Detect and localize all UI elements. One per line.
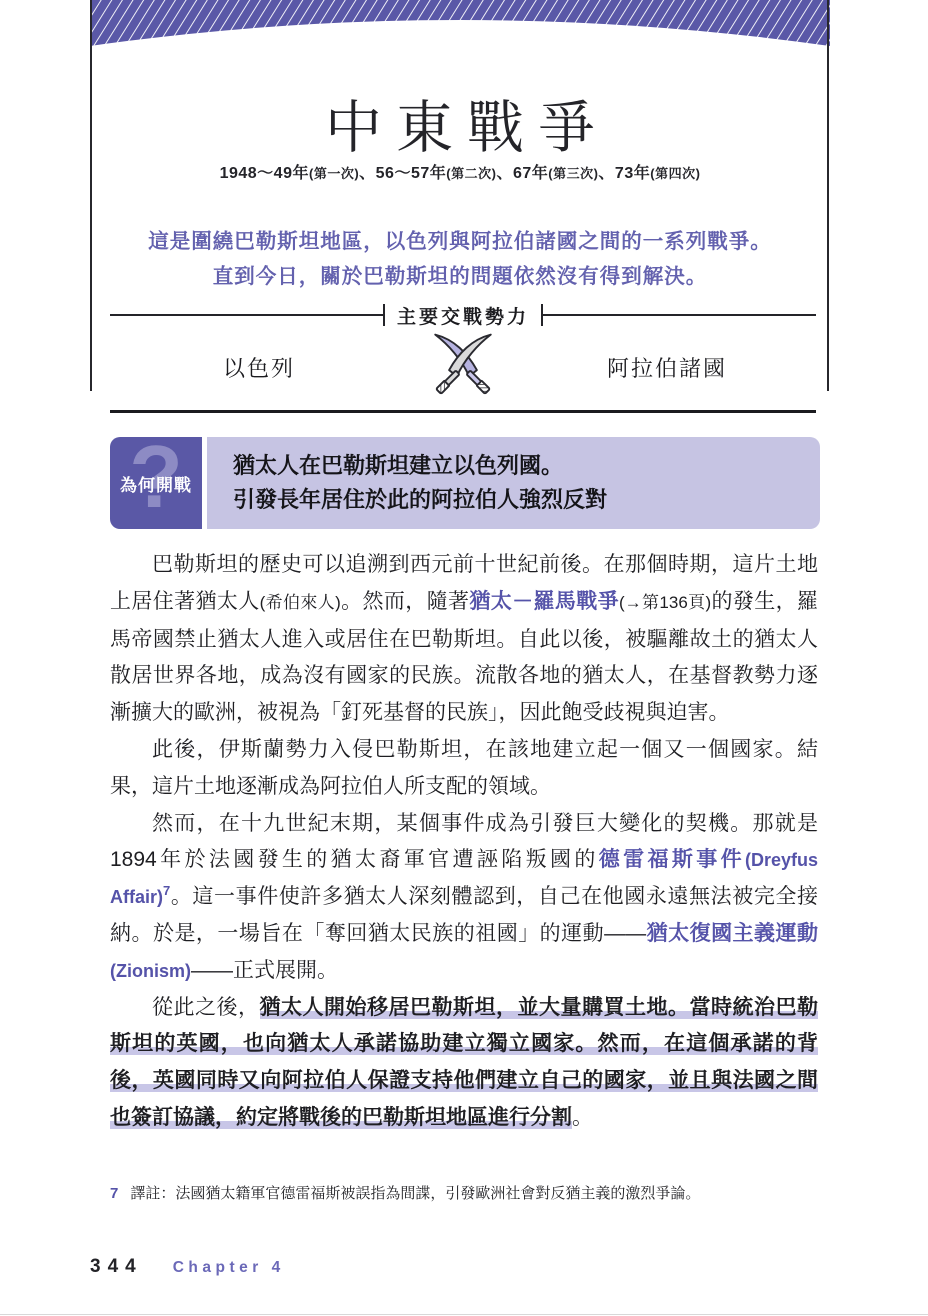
war-dates: 1948～49年(第一次)、56～57年(第二次)、67年(第三次)、73年(第…	[90, 160, 830, 183]
belligerent-left: 以色列	[110, 352, 408, 383]
header-card-right-border	[827, 0, 829, 391]
chapter-label: Chapter 4	[173, 1259, 285, 1277]
belligerents-label: 主要交戰勢力	[385, 302, 541, 329]
page-number: 344	[90, 1256, 143, 1278]
term-jewish-roman-war: 猶太－羅馬戰爭	[469, 590, 619, 613]
footnote-number: 7	[110, 1185, 118, 1202]
intro-summary: 這是圍繞巴勒斯坦地區，以色列與阿拉伯諸國之間的一系列戰爭。 直到今日，關於巴勒斯…	[90, 224, 830, 294]
crossed-swords-icon	[408, 330, 518, 404]
term-zionism: 猶太復國主義運動	[646, 922, 818, 945]
divider-line-right	[543, 314, 816, 316]
section-rule	[110, 410, 816, 413]
footnote-text: 譯註：法國猶太籍軍官德雷福斯被誤指為間諜，引發歐洲社會對反猶主義的激烈爭論。	[130, 1185, 700, 1202]
intro-line-2: 直到今日，關於巴勒斯坦的問題依然沒有得到解決。	[90, 259, 830, 294]
page-title: 中東戰爭	[90, 82, 830, 164]
paragraph-3: 然而，在十九世紀末期，某個事件成為引發巨大變化的契機。那就是1894年於法國發生…	[110, 806, 818, 990]
striped-header-band	[90, 0, 830, 48]
cross-reference: (→第136頁)	[619, 593, 711, 612]
divider-line-left	[110, 314, 383, 316]
article-body: 巴勒斯坦的歷史可以追溯到西元前十世紀前後。在那個時期，這片土地上居住著猶太人(希…	[110, 547, 818, 1137]
belligerent-right: 阿拉伯諸國	[518, 352, 816, 383]
why-war-line-2: 引發長年居住於此的阿拉伯人強烈反對	[233, 483, 820, 517]
paragraph-4: 從此之後，猶太人開始移居巴勒斯坦，並大量購買土地。當時統治巴勒斯坦的英國，也向猶…	[110, 990, 818, 1137]
book-page: 中東戰爭 1948～49年(第一次)、56～57年(第二次)、67年(第三次)、…	[0, 0, 928, 1316]
page-edge-line	[0, 1314, 928, 1315]
page-footer: 344 Chapter 4	[90, 1256, 285, 1278]
why-war-tag-label: 為何開戰	[110, 437, 202, 529]
intro-line-1: 這是圍繞巴勒斯坦地區，以色列與阿拉伯諸國之間的一系列戰爭。	[90, 224, 830, 259]
paragraph-1: 巴勒斯坦的歷史可以追溯到西元前十世紀前後。在那個時期，這片土地上居住著猶太人(希…	[110, 547, 818, 732]
why-war-box: ? 為何開戰 猶太人在巴勒斯坦建立以色列國。 引發長年居住於此的阿拉伯人強烈反對	[110, 437, 820, 529]
why-war-tag: ? 為何開戰	[110, 437, 202, 529]
belligerents-row: 以色列	[110, 330, 816, 404]
paragraph-2: 此後，伊斯蘭勢力入侵巴勒斯坦，在該地建立起一個又一個國家。結果，這片土地逐漸成為…	[110, 732, 818, 806]
belligerents-divider: 主要交戰勢力	[110, 303, 816, 327]
header-card-left-border	[90, 0, 92, 391]
term-dreyfus-affair: 德雷福斯事件	[599, 848, 745, 871]
why-war-line-1: 猶太人在巴勒斯坦建立以色列國。	[233, 449, 820, 483]
why-war-statement: 猶太人在巴勒斯坦建立以色列國。 引發長年居住於此的阿拉伯人強烈反對	[207, 437, 820, 529]
footnote: 7譯註：法國猶太籍軍官德雷福斯被誤指為間諜，引發歐洲社會對反猶主義的激烈爭論。	[110, 1182, 820, 1203]
